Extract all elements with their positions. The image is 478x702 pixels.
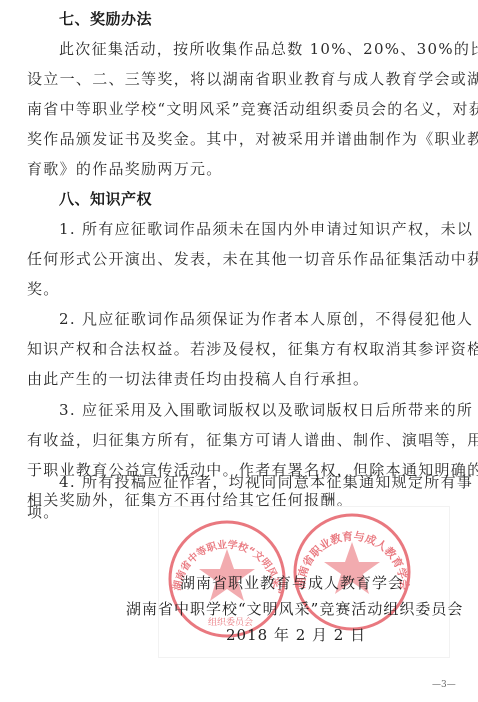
signature-date: 2018 年 2 月 2 日 (226, 625, 366, 645)
svg-text:湖南省中等职业学校“文明风采”竞赛: 湖南省中等职业学校“文明风采”竞赛 (0, 0, 283, 595)
signature-org2: 湖南省中职学校“文明风采”竞赛活动组织委员会 (126, 599, 463, 619)
stamp-left: 湖南省中等职业学校“文明风采”竞赛 组织委员会 (0, 0, 284, 636)
official-stamps: 湖南省中等职业学校“文明风采”竞赛 组织委员会 湖南省职业教育与成人教育学会 (0, 0, 478, 702)
signature-org1: 湖南省职业教育与成人教育学会 (180, 573, 404, 593)
document-page: 七、奖励办法 此次征集活动，按所收集作品总数 10%、20%、30%的比例， 设… (0, 0, 478, 702)
